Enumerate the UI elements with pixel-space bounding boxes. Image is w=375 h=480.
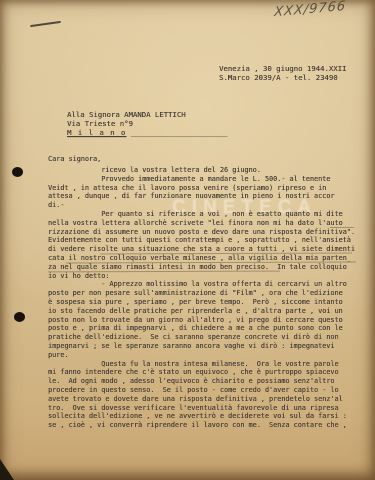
recipient-name-line: Alla Signora AMANDA LETTICH: [67, 110, 186, 119]
place-date-line: Venezia , 30 giugno 1944.XXII: [219, 64, 346, 73]
letterhead: Venezia , 30 giugno 1944.XXII S.Marco 20…: [219, 64, 346, 83]
scanned-letter-page: { "page": { "archive_number": "XXX/9766"…: [0, 0, 375, 480]
recipient-street-line: Via Trieste n°9: [67, 119, 133, 128]
letter-body: ricevo la vostra lettera del 26 giugno. …: [48, 166, 368, 430]
punch-hole: [14, 312, 25, 322]
salutation: Cara signora,: [48, 155, 101, 163]
sender-address-line: S.Marco 2039/A - tel. 23490: [219, 73, 338, 82]
recipient-block: Alla Signora AMANDA LETTICH Via Trieste …: [67, 110, 227, 138]
recipient-city-underline: ______________________: [126, 128, 227, 137]
recipient-city: M i l a n o: [67, 128, 126, 137]
pencil-underline: [330, 227, 354, 228]
punch-hole: [12, 167, 23, 177]
